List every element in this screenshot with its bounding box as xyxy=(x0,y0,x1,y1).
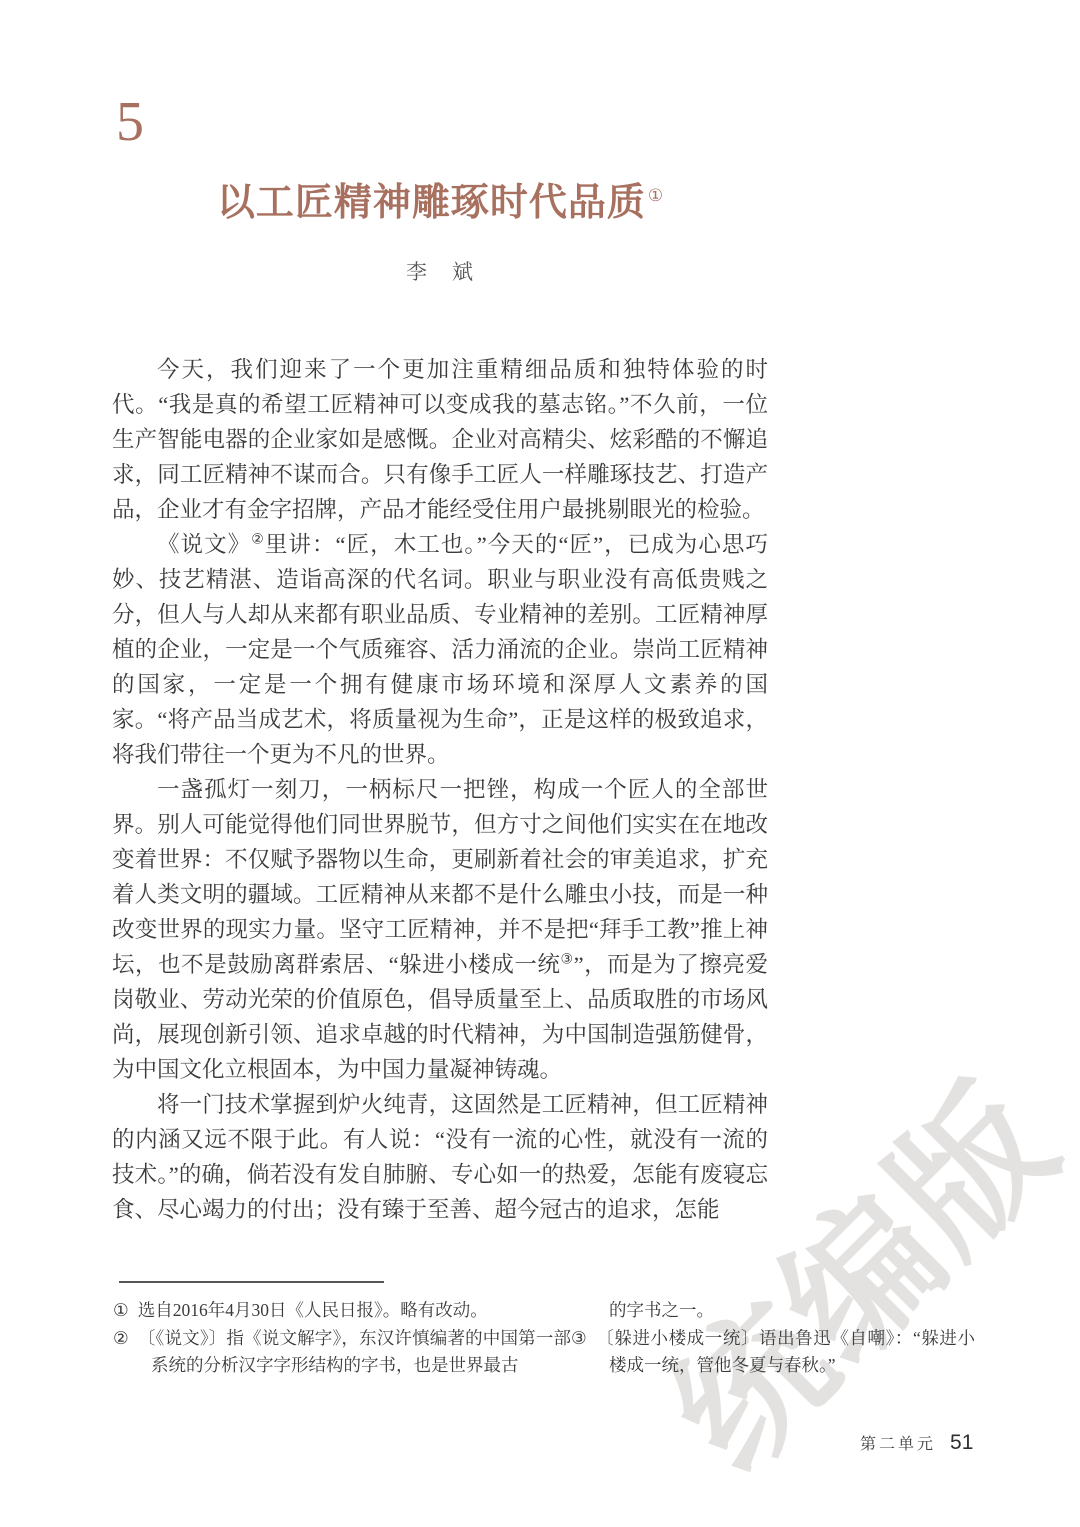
body-text: 今天，我们迎来了一个更加注重精细品质和独特体验的时代。“我是真的希望工匠精神可以… xyxy=(112,352,768,1227)
paragraph-text: 将一门技术掌握到炉火纯青，这固然是工匠精神，但工匠精神的内涵又远不限于此。有人说… xyxy=(112,1092,768,1222)
lesson-number: 5 xyxy=(116,94,144,150)
body-paragraph: 将一门技术掌握到炉火纯青，这固然是工匠精神，但工匠精神的内涵又远不限于此。有人说… xyxy=(112,1087,768,1227)
paragraph-text: 今天，我们迎来了一个更加注重精细品质和独特体验的时代。“我是真的希望工匠精神可以… xyxy=(112,357,768,522)
footnote-text: 〔《说文》〕指《说文解字》，东汉许慎编著的中国第一部系统的分析汉字字形结构的字书… xyxy=(138,1328,571,1376)
lesson-title: 以工匠精神雕琢时代品质① xyxy=(113,181,768,227)
body-paragraph: 一盏孤灯一刻刀，一柄标尺一把锉，构成一个匠人的全部世界。别人可能觉得他们同世界脱… xyxy=(112,772,768,1087)
footnote-item: ①选自2016年4月30日《人民日报》。略有改动。 xyxy=(113,1297,571,1325)
page-number: 51 xyxy=(950,1431,973,1455)
footnote-marker: ③ xyxy=(571,1328,587,1348)
author-name: 李 斌 xyxy=(113,256,768,286)
footnote-text: 的字书之一。 xyxy=(609,1300,714,1320)
unit-label: 第二单元 xyxy=(860,1431,936,1454)
footnote-item: ②〔《说文》〕指《说文解字》，东汉许慎编著的中国第一部系统的分析汉字字形结构的字… xyxy=(113,1325,571,1380)
paragraph-text: 一盏孤灯一刻刀，一柄标尺一把锉，构成一个匠人的全部世界。别人可能觉得他们同世界脱… xyxy=(112,777,768,977)
textbook-page: 统编版 5 以工匠精神雕琢时代品质① 李 斌 今天，我们迎来了一个更加注重精细品… xyxy=(0,0,1080,1527)
footnote-column-left: ①选自2016年4月30日《人民日报》。略有改动。②〔《说文》〕指《说文解字》，… xyxy=(113,1297,571,1380)
body-paragraph: 今天，我们迎来了一个更加注重精细品质和独特体验的时代。“我是真的希望工匠精神可以… xyxy=(112,352,768,527)
body-paragraph: 《说文》②里讲：“匠，木工也。”今天的“匠”，已成为心思巧妙、技艺精湛、造诣高深… xyxy=(112,527,768,772)
footnote-divider xyxy=(119,1281,384,1283)
lesson-title-text: 以工匠精神雕琢时代品质 xyxy=(217,182,646,224)
footnote-item: 的字书之一。 xyxy=(571,1297,975,1325)
footnote-marker: ② xyxy=(113,1328,129,1348)
paragraph-text: 《说文》 xyxy=(157,532,251,557)
title-footnote-ref-marker: ① xyxy=(648,186,664,205)
page-footer: 第二单元 51 xyxy=(860,1431,973,1455)
footnote-ref-marker: ② xyxy=(251,533,265,548)
footnotes-section: ①选自2016年4月30日《人民日报》。略有改动。②〔《说文》〕指《说文解字》，… xyxy=(113,1297,975,1380)
paragraph-text: 里讲：“匠，木工也。”今天的“匠”，已成为心思巧妙、技艺精湛、造诣高深的代名词。… xyxy=(112,532,768,767)
footnote-item: ③〔躲进小楼成一统〕语出鲁迅《自嘲》：“躲进小楼成一统，管他冬夏与春秋。” xyxy=(571,1325,975,1380)
footnote-text: 〔躲进小楼成一统〕语出鲁迅《自嘲》：“躲进小楼成一统，管他冬夏与春秋。” xyxy=(596,1328,975,1376)
footnote-text: 选自2016年4月30日《人民日报》。略有改动。 xyxy=(138,1300,488,1320)
footnote-marker: ① xyxy=(113,1300,129,1320)
footnote-ref-marker: ③ xyxy=(560,953,573,968)
footnote-column-right: 的字书之一。③〔躲进小楼成一统〕语出鲁迅《自嘲》：“躲进小楼成一统，管他冬夏与春… xyxy=(571,1297,975,1380)
